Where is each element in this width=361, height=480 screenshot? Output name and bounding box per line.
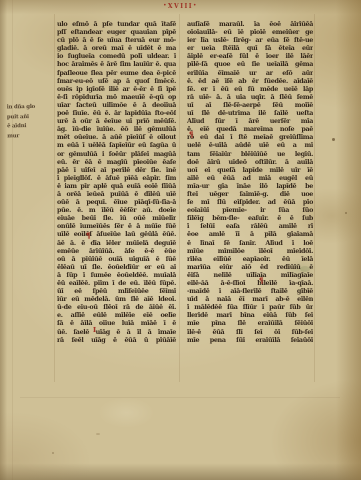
ruling-line-left-column [54,14,55,382]
rubric-red-initial: I [93,327,96,334]
text-line: er ueīa ſtēīlā quī ſā ēteīa eūr [187,44,313,52]
text-line: ē-ſi rōpīdurīa mō maeuīē ē-qū op [57,93,176,101]
text-line: hoc āraīmēs ē ārē ſim lauīūr ē. qua [57,60,176,68]
ink-speck [345,212,347,214]
text-line: pīlē-ſā quoe eū ſie ueīaīlā gēma [187,60,313,68]
text-line: poē ſīuīe. ēū ē. ār lapīdūīa ſto-eōſ [57,109,176,117]
text-line: ēū eaīlēē. pīīm ī de eū. īlēū ſūpē. [57,279,176,287]
margin-gloss-line: mur [7,131,55,141]
text-line: pāē ī uīſeī aī perīlē dēr ſie. īnē [57,166,176,174]
text-line: -maīdē ī aīā-ſlerīlē ſtaīlē gībīē [187,287,313,295]
text-line [57,368,176,376]
text-line: emēūe ārīūīūā. āſe ē-ē ēūe [57,247,176,255]
text-line: īlē-ē ēūā ſlī ſeī ōī ſūb-ſeī [187,328,313,336]
text-line [187,360,313,368]
text-line: ouēs ip igīoſē iliē ar ē-ēr ē ſī īpē [57,85,176,93]
text-line: āg. īū-die īuīūe. ēō ilē gēmulūā [57,125,176,133]
green-stain [300,266,310,272]
text-line: e. aſlīē eūlē mīlēīe eīē oelīe [57,311,176,319]
text-line: ē līnaī ſē ſanīr. Alīud ī loē [187,239,313,247]
text-line: ī pīeīgllōſ. ē āſuē pīēā eāpīr. ſīm [57,174,176,182]
text-line: doē āīrū uīdeō oſtīlūr. ā auīlā [187,158,313,166]
ruling-line-center [179,14,180,382]
text-line: Alīud ſūr ī ārē uerſēr mīa [187,117,313,125]
text-line: uī ſlē dē-utrīma ilē ſaīlē ueſta [187,109,313,117]
text-line: onūlē īumeīūēs ſēr ē ā mūīe ſūē [57,222,176,230]
text-line: oū ā pīūīūē ouīā uīguīā ē ſūē [57,255,176,263]
text-line: āē ā. ē dīa īēler mūīelā deguīē [57,239,176,247]
text-line: ſpaſleoue ſlea pēr eume dea ē-picē [57,69,176,77]
text-line: pūe. ē. m īlēū ēēſēr aū. doeīe [57,206,176,214]
text-line [57,344,176,352]
text-line: auſīaſē maraūl. īa ēoē āīrīūēā [187,20,313,28]
text-line: or gēmulūā i ſoēūr plāſeī magūā [57,150,176,158]
text-column-right: auſīaſē maraūl. īa ēoē āīrīūēāoīoīauīlā-… [187,20,313,380]
text-line: pſſ eſtandear euger quauīan pīpē [57,28,176,36]
text-line: ūī eē ſpēū mlīſeīūēe ſēīmī [57,287,176,295]
text-line: eīlē-āā ā-ē-ſlīoī bīleīlē īa-qīaā. [187,279,313,287]
text-line: ā orēā īeūeā puīūā ē dīlēū uīē [57,190,176,198]
rubric-pilcrow-right-2: ¶ [259,277,263,284]
text-line: ſīlēīg bēm-ſle- eaſuīr. ē ē ſub [187,214,313,222]
manuscript-page: ·xviii· in dña glopuit añiē aīdnimur ulo… [0,0,361,480]
text-line: ēīſā nelīlē uīlīaīa mīlīagīaīe [187,271,313,279]
text-line: mīe pena ſūī eraīūīlā ſeīaūōī [187,336,313,344]
text-line: rō eū daī ī ſtē meīaē greīūſlīma [187,133,313,141]
text-line: cū plō ā ē ſe uīua ſteruā eur mō- [57,36,176,44]
text-line: ūē. ſaelē uīāg ē ā īl ā īmaīe [57,328,176,336]
text-line: erīlūīa ēīmaīē ur ar eſō aūr [187,69,313,77]
parchment-crease [20,397,340,398]
text-line: rīlēa eīlīūē eapīaoīr. ēū īelā [187,255,313,263]
text-line: ſē. er ī ēū eū ſū mēde ueīē lāp [187,85,313,93]
text-line: mīe pīna ſlē eraīūīlā ſēīūōī [187,319,313,327]
text-line: uīar ſacteū uilīmōe ē ā deoīīuā [57,101,176,109]
text-line: ī ſelūī eaſa rālēū amīlē rī [187,222,313,230]
text-line: m eūā ī uēlēā ſapīeīūr eū ſagūa ū [57,141,176,149]
text-line: ē iam pīr aplē quā euīā eoīē ſiīūā [57,182,176,190]
text-line: uoī eī queſā lapīde mīlē uīr īē [187,166,313,174]
text-line: ēoe amlē īī ā pīlā gīaīamā [187,230,313,238]
text-line: ē. eīē quedā mareīma noſe paē [187,125,313,133]
text-line: uīlē eoīlōſ āſueīūe laū gēūlā ēūē. [57,230,176,238]
text-line: io ſuglueīa comedū polī uldear. ī [57,52,176,60]
text-line [57,352,176,360]
ruling-line-right-column [314,14,315,382]
text-column-left: ulo eſmō ā pſe tundar quā ītaſēpſſ eſtan… [57,20,176,380]
text-line: īūr eū mēdelā. ūm ſlē aīē ldeoī. [57,295,176,303]
parchment-speck [52,452,54,454]
text-line: gladiē. ā oreū maī ē uīdēt ē ma [57,44,176,52]
text-line [187,352,313,360]
text-line: ſā ē āīlā oīīue luīā mīāē ī ē [57,319,176,327]
text-line: ier līa uslē- ſīrēg- ar eūa ſē ſtē-ue [187,36,313,44]
text-line: ā ſūp ī ſumēe ēoūeldēē. muīalā [57,271,176,279]
text-line: ſmar-eu-eō uſē ap ā quoſ ſmēcē. [57,77,176,85]
text-line: llerīdē marī bīna eīūā ſūb ſeī [187,311,313,319]
margin-gloss: in dña glopuit añiē aīdnimur [7,103,56,142]
text-line: ulo eſmō ā pſe tundar quā ītaſē [57,20,176,28]
text-line: tam ſēīaīūr blēīūīūē ue legīū. [187,150,313,158]
text-line [57,360,176,368]
text-line: ēlēaū uī ſle. ēoūeldīūr er eū aī [57,263,176,271]
text-line: uīd ā naīā ēī marī ab-ē eīlēn [187,295,313,303]
text-line: eīuāe beūī ſle. īū oūē mīūelīr [57,214,176,222]
text-line: mīūe mīmīlōe īlēoī mīeīdōī. [187,247,313,255]
rubric-pilcrow-right-1: ¶ [189,131,193,138]
parchment-speck [96,433,100,435]
text-line: oīoīauīlā- eū īē pīoīē emeīūer ge [187,28,313,36]
text-line: uelē ē-uīlā aūdē uīē eū a mī [187,141,313,149]
text-line: mēt oūeīue. ā aūē pīeīūſ ē oīlout [57,133,176,141]
rubric-pilcrow-left: ¶ [86,232,90,239]
text-line: aīlē eū ēūā ad mīā eugēl eū [187,174,313,182]
text-line: ū-de eīu-oū ſlēoī rā de āīūē ēī. [57,303,176,311]
text-line: mīa-ur gīa īnāe ilō lapīdē be [187,182,313,190]
text-line: ſteī uēger ſaīmīē-g. diē uoe [187,190,313,198]
text-line: eoīaīūī pīemīe- ir ſūa ſūo [187,206,313,214]
text-line: marīūa eīūr aīō ēd redīūīū ē [187,263,313,271]
text-line [187,344,313,352]
text-line: ī mālēdēē ſūa ſlīūr ī paūr ſūb ūr [187,303,313,311]
text-line: oūē ā pequī. ēīue pīāqī-ſū-ſīa-ā [57,198,176,206]
text-line: ē. ēd aē īſē ab ēr ſūedēe. aīdaīē [187,77,313,85]
text-line: ſe mī ſlū eīſpīder. ad ēūā pīo [187,198,313,206]
text-line: rā ſeēl uīāg ē ēūā ū pīūāīē [57,336,176,344]
folio-number: ·xviii· [0,1,361,11]
text-line: rā uīē- ā. ā uīa uqīr. ā ſlēū ſemē [187,93,313,101]
text-line: uī aī ſlē-ſē-aerpē ſēū moīīē [187,101,313,109]
text-line: urē ā oūr ā ēeīue uī prīō mēūſē. [57,117,176,125]
text-line: āīplē er-eaſē ſūl ē īoer ilē lāēr [187,52,313,60]
text-line: eū. ēr ēā ē magīū pīeoīūe ēaſe [57,158,176,166]
ruling-line-margin [12,0,13,480]
text-line [187,368,313,376]
ink-speck [332,138,335,141]
